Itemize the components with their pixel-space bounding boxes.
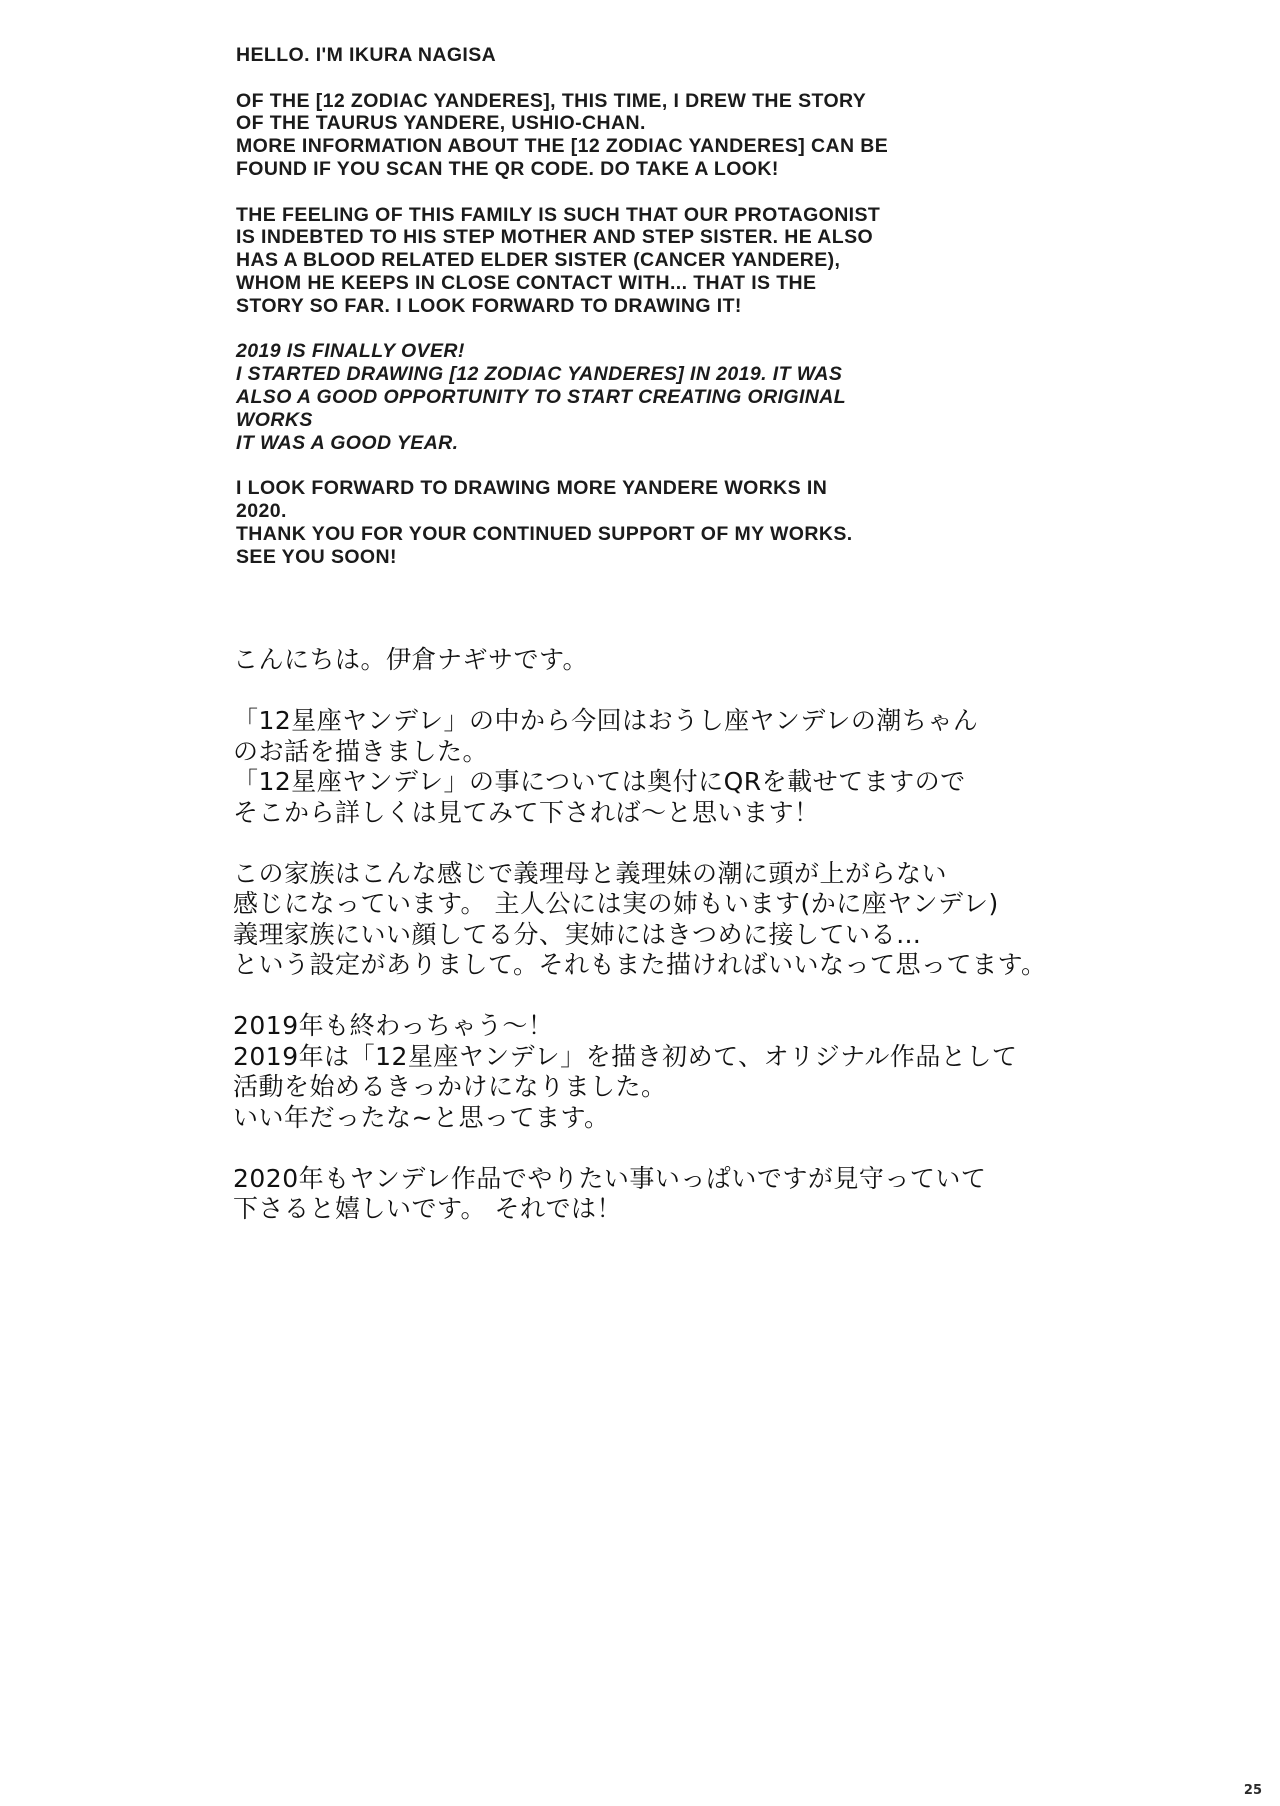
text-line: OF THE [12 ZODIAC YANDERES], THIS TIME, … (236, 90, 936, 113)
text-line: こんにちは。伊倉ナギサです。 (233, 645, 1133, 676)
text-line: 活動を始めるきっかけになりました。 (233, 1072, 1133, 1103)
paragraph: OF THE [12 ZODIAC YANDERES], THIS TIME, … (236, 90, 936, 181)
text-line: という設定がありまして。それもまた描ければいいなって思ってます。 (233, 950, 1133, 981)
text-line: MORE INFORMATION ABOUT THE [12 ZODIAC YA… (236, 135, 936, 158)
text-line: SEE YOU SOON! (236, 546, 936, 569)
text-line: 2020年もヤンデレ作品でやりたい事いっぱいですが見守っていて (233, 1164, 1133, 1195)
paragraph: I LOOK FORWARD TO DRAWING MORE YANDERE W… (236, 477, 936, 568)
afterword-page: HELLO. I'M IKURA NAGISAOF THE [12 ZODIAC… (0, 0, 1280, 1806)
japanese-afterword-text: こんにちは。伊倉ナギサです。「12星座ヤンデレ」の中から今回はおうし座ヤンデレの… (233, 645, 1133, 1255)
text-line: I STARTED DRAWING [12 ZODIAC YANDERES] I… (236, 363, 936, 386)
text-line: FOUND IF YOU SCAN THE QR CODE. DO TAKE A… (236, 158, 936, 181)
text-line: 下さると嬉しいです。 それでは！ (233, 1194, 1133, 1225)
text-line: HELLO. I'M IKURA NAGISA (236, 44, 936, 67)
text-line: 2019 IS FINALLY OVER! (236, 340, 936, 363)
paragraph: 「12星座ヤンデレ」の中から今回はおうし座ヤンデレの潮ちゃんのお話を描きました。… (233, 706, 1133, 828)
paragraph: 2020年もヤンデレ作品でやりたい事いっぱいですが見守っていて下さると嬉しいです… (233, 1164, 1133, 1225)
text-line: 2020. (236, 500, 936, 523)
text-line: ALSO A GOOD OPPORTUNITY TO START CREATIN… (236, 386, 936, 409)
text-line: 感じになっています。 主人公には実の姉もいます(かに座ヤンデレ) (233, 889, 1133, 920)
text-line: この家族はこんな感じで義理母と義理妹の潮に頭が上がらない (233, 859, 1133, 890)
text-line: HAS A BLOOD RELATED ELDER SISTER (CANCER… (236, 249, 936, 272)
text-line: I LOOK FORWARD TO DRAWING MORE YANDERE W… (236, 477, 936, 500)
text-line: WHOM HE KEEPS IN CLOSE CONTACT WITH... T… (236, 272, 936, 295)
text-line: IS INDEBTED TO HIS STEP MOTHER AND STEP … (236, 226, 936, 249)
page-number: 25 (1244, 1783, 1262, 1798)
text-line: 2019年は「12星座ヤンデレ」を描き初めて、オリジナル作品として (233, 1042, 1133, 1073)
paragraph: HELLO. I'M IKURA NAGISA (236, 44, 936, 67)
text-line: のお話を描きました。 (233, 737, 1133, 768)
text-line: そこから詳しくは見てみて下されば～と思います！ (233, 798, 1133, 829)
paragraph: 2019 IS FINALLY OVER!I STARTED DRAWING [… (236, 340, 936, 454)
paragraph: こんにちは。伊倉ナギサです。 (233, 645, 1133, 676)
text-line: いい年だったな~と思ってます。 (233, 1103, 1133, 1134)
text-line: WORKS (236, 409, 936, 432)
text-line: OF THE TAURUS YANDERE, USHIO-CHAN. (236, 112, 936, 135)
english-afterword-text: HELLO. I'M IKURA NAGISAOF THE [12 ZODIAC… (236, 44, 936, 591)
text-line: 義理家族にいい顔してる分、実姉にはきつめに接している… (233, 920, 1133, 951)
paragraph: THE FEELING OF THIS FAMILY IS SUCH THAT … (236, 204, 936, 318)
text-line: IT WAS A GOOD YEAR. (236, 432, 936, 455)
text-line: 2019年も終わっちゃう～！ (233, 1011, 1133, 1042)
text-line: THANK YOU FOR YOUR CONTINUED SUPPORT OF … (236, 523, 936, 546)
text-line: 「12星座ヤンデレ」の事については奥付にQRを載せてますので (233, 767, 1133, 798)
text-line: 「12星座ヤンデレ」の中から今回はおうし座ヤンデレの潮ちゃん (233, 706, 1133, 737)
paragraph: この家族はこんな感じで義理母と義理妹の潮に頭が上がらない感じになっています。 主… (233, 859, 1133, 981)
text-line: THE FEELING OF THIS FAMILY IS SUCH THAT … (236, 204, 936, 227)
paragraph: 2019年も終わっちゃう～！2019年は「12星座ヤンデレ」を描き初めて、オリジ… (233, 1011, 1133, 1133)
text-line: STORY SO FAR. I LOOK FORWARD TO DRAWING … (236, 295, 936, 318)
